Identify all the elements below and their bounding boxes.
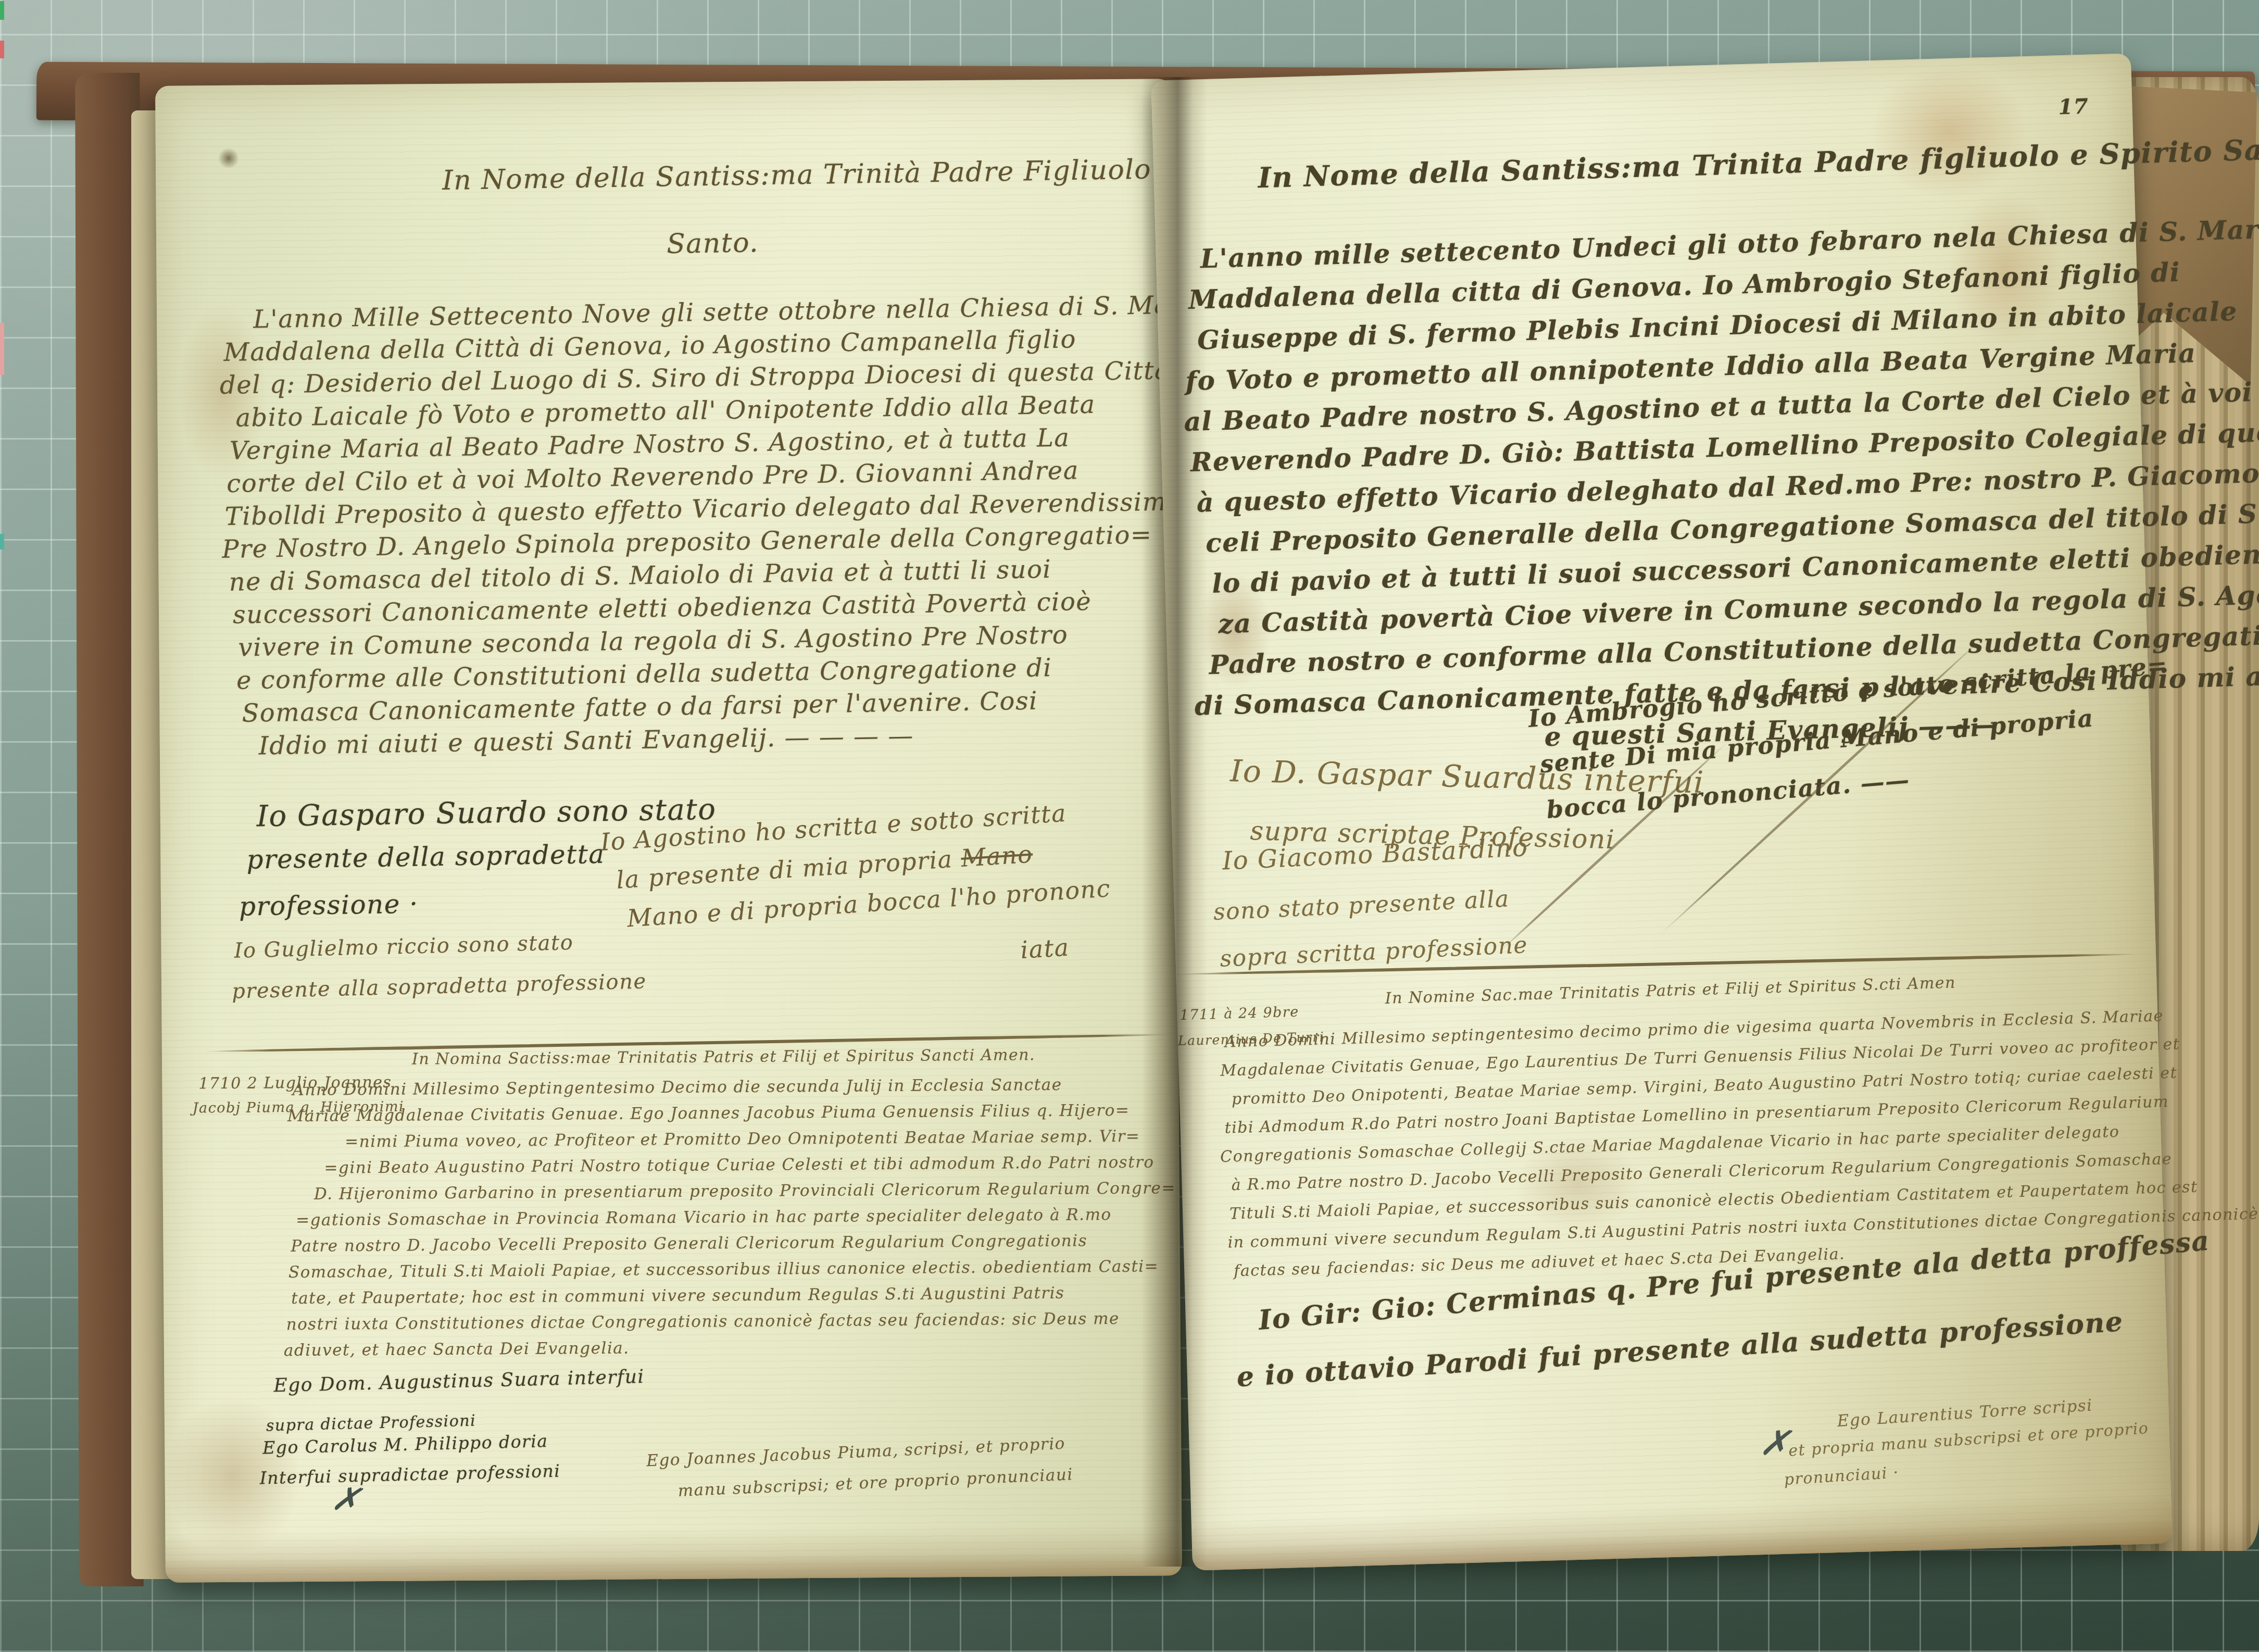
witness-signature: presente alla sopradetta professione xyxy=(232,971,647,1002)
scan-fringe-green xyxy=(0,1,4,20)
latin-heading: In Nomina Sactiss:mae Trinitatis Patris … xyxy=(412,1047,1035,1067)
latin-profession-line: tate, et Paupertate; hoc est in communi … xyxy=(291,1285,1064,1307)
scribe-subscription: pronunciaui · xyxy=(1784,1465,1900,1488)
latin-profession-line: =gationis Somaschae in Provincia Romana … xyxy=(296,1207,1112,1229)
vow-text-line: Iddio mi aiuti e questi Santi Evangelij.… xyxy=(258,723,914,759)
latin-profession-line: nostri iuxta Constitutiones dictae Congr… xyxy=(286,1311,1120,1333)
latin-witness-signature: Interfui supradictae professioni xyxy=(259,1462,560,1486)
book-gutter-shadow xyxy=(1141,77,1207,1567)
latin-profession-line: Mariae Magdalenae Civitatis Genuae. Ego … xyxy=(287,1103,1130,1124)
scribe-subscription: manu subscripsi; et ore proprio pronunci… xyxy=(677,1467,1073,1499)
pen-cross-mark: ✗ xyxy=(330,1481,363,1519)
scribe-subscription: Ego Joannes Jacobus Piuma, scripsi, et p… xyxy=(646,1436,1066,1470)
latin-profession-line: adiuvet, et haec Sancta Dei Evangelia. xyxy=(284,1341,630,1359)
struck-word: Mano xyxy=(960,840,1034,872)
witness-signature: presente della sopradetta xyxy=(246,841,605,873)
witness-signature: Io Guglielmo riccio sono stato xyxy=(234,932,574,961)
latin-witness-signature: Ego Carolus M. Philippo doria xyxy=(262,1432,548,1456)
ink-spot xyxy=(218,148,239,169)
witness-signature: professione · xyxy=(239,891,419,919)
scribe-declaration: iata xyxy=(1020,935,1070,962)
page-number: 17 xyxy=(2058,96,2089,118)
latin-profession-line: Anno Domini Millesimo Septingentesimo De… xyxy=(292,1077,1062,1098)
latin-witness-signature: supra dictae Professioni xyxy=(266,1413,476,1434)
latin-profession-line: =nimi Piuma voveo, ac Profiteor et Promi… xyxy=(345,1129,1140,1150)
latin-heading: In Nomine Sac.mae Trinitatis Patris et F… xyxy=(1385,975,1956,1007)
manuscript-heading-line: In Nome della Santiss:ma Trinita Padre f… xyxy=(1258,134,2259,192)
latin-profession-line: Patre nostro D. Jacobo Vecelli Preposito… xyxy=(291,1233,1087,1255)
latin-profession-line: =gini Beato Augustino Patri Nostro totiq… xyxy=(324,1155,1154,1177)
scan-fringe-red xyxy=(0,41,4,58)
scan-fringe-pink xyxy=(0,323,4,375)
foxing-stain xyxy=(1869,61,2029,201)
scan-fringe-teal xyxy=(0,534,4,549)
witness-signature: sono stato presente alla xyxy=(1213,887,1510,924)
witness-signature: sopra scritta professione xyxy=(1220,934,1528,971)
manuscript-heading-line: Santo. xyxy=(667,229,759,258)
pen-cross-mark: ✗ xyxy=(1758,1423,1792,1462)
latin-profession-line: D. Hijeronimo Garbarino in presentiarum … xyxy=(314,1180,1176,1203)
latin-witness-signature: Ego Dom. Augustinus Suara interfui xyxy=(273,1368,645,1395)
vow-text-line: e conforme alle Constitutioni della sude… xyxy=(236,655,1052,693)
left-page: In Nome della Santiss:ma Trinità Padre F… xyxy=(155,79,1182,1583)
vow-text-line: Somasca Canonicamente fatte o da farsi p… xyxy=(242,689,1038,726)
photograph-of-open-manuscript-register: In Nome della Santiss:ma Trinità Padre F… xyxy=(0,0,2259,1652)
latin-profession-line: Somaschae, Tituli S.ti Maioli Papiae, et… xyxy=(288,1258,1159,1281)
right-page: 17 In Nome della Santiss:ma Trinita Padr… xyxy=(1151,53,2172,1570)
